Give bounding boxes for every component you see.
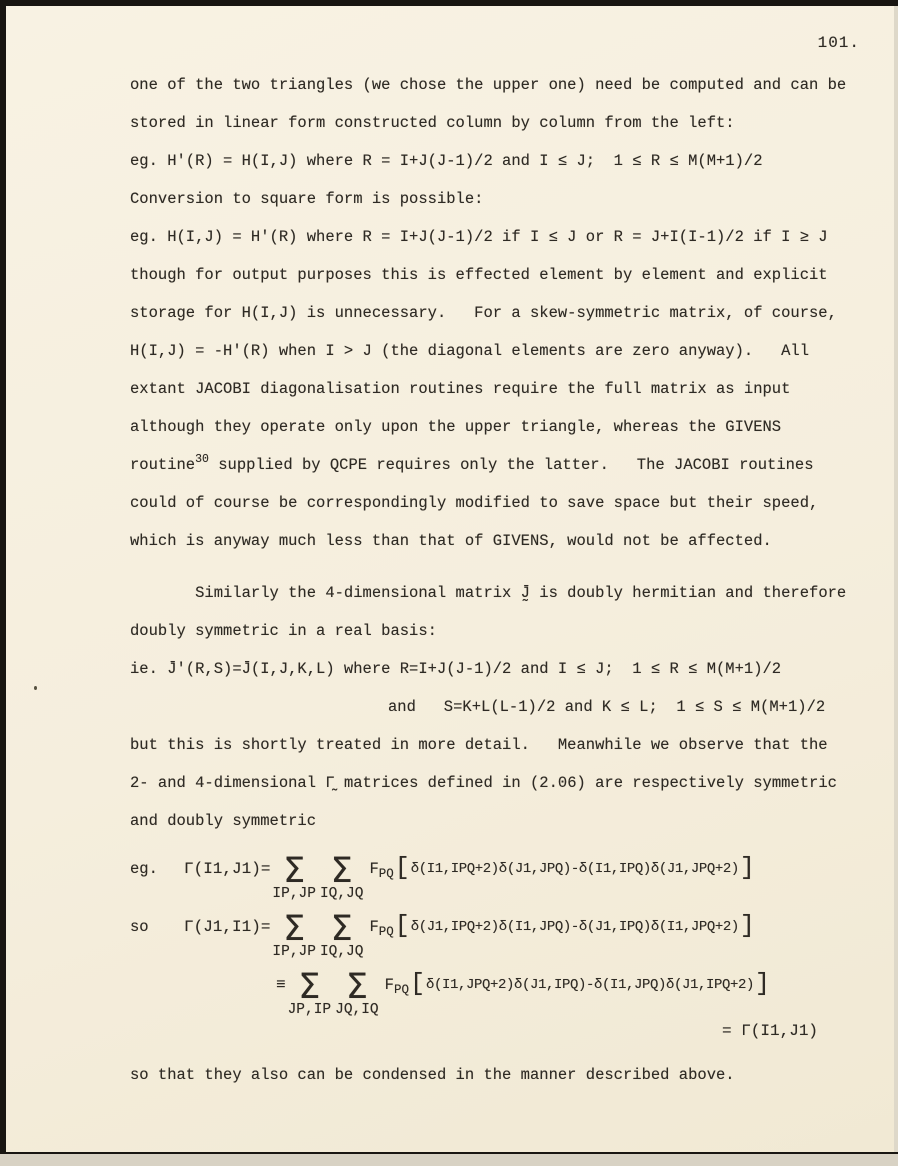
text-line-with-footnote-ref: routine30 supplied by QCPE requires only… xyxy=(130,446,874,484)
summation-indices: JQ,IQ xyxy=(335,1003,379,1018)
scan-edge xyxy=(894,6,898,1152)
sigma-icon: Σ xyxy=(331,913,353,945)
equation-result: = Γ(I1,J1) xyxy=(722,1014,874,1048)
equation-body: δ(I1,JPQ+2)δ(J1,IPQ)-δ(I1,JPQ)δ(J1,IPQ+2… xyxy=(426,977,754,993)
summation-indices: IP,JP xyxy=(272,945,316,960)
open-bracket: [ xyxy=(395,911,410,940)
summation-symbol: ΣIQ,JQ xyxy=(320,913,364,960)
sigma-icon: Σ xyxy=(283,913,305,945)
equation-text-line: eg. H(I,J) = H'(R) where R = I+J(J-1)/2 … xyxy=(130,218,874,256)
equation-text-line: ie. J̄'(R,S)=J̄(I,J,K,L) where R=I+J(J-1… xyxy=(130,650,874,688)
text-segment: is doubly hermitian and therefore xyxy=(530,584,846,602)
text-line: storage for H(I,J) is unnecessary. For a… xyxy=(130,294,874,332)
sigma-icon: Σ xyxy=(331,855,353,887)
text-segment: Similarly the 4-dimensional matrix xyxy=(195,584,521,602)
coefficient-subscript: PQ xyxy=(394,983,409,997)
sigma-icon: Σ xyxy=(283,855,305,887)
scan-edge xyxy=(0,1154,898,1166)
gamma-matrix-symbol: Γ̰ xyxy=(325,774,334,792)
text-line: and doubly symmetric xyxy=(130,802,874,840)
equation-text-line: eg. H'(R) = H(I,J) where R = I+J(J-1)/2 … xyxy=(130,142,874,180)
equation-body: δ(J1,IPQ+2)δ(I1,JPQ)-δ(J1,IPQ)δ(I1,JPQ+2… xyxy=(411,919,739,935)
coefficient-subscript: PQ xyxy=(379,925,394,939)
text-line: doubly symmetric in a real basis: xyxy=(130,612,874,650)
summation-indices: IP,JP xyxy=(272,887,316,902)
coefficient-base: F xyxy=(369,918,378,936)
text-line: but this is shortly treated in more deta… xyxy=(130,726,874,764)
equation-text-line: and S=K+L(L-1)/2 and K ≤ L; 1 ≤ S ≤ M(M+… xyxy=(388,688,874,726)
equation-lhs: Γ(J1,I1)= xyxy=(184,918,270,936)
sigma-icon: Σ xyxy=(298,971,320,1003)
text-segment: 2- and 4-dimensional xyxy=(130,774,325,792)
text-line-with-matrix-symbol: Similarly the 4-dimensional matrix J̰̄ i… xyxy=(130,574,874,612)
text-line: one of the two triangles (we chose the u… xyxy=(130,66,874,104)
coefficient: FPQ xyxy=(385,976,409,994)
matrix-j-symbol: J̰̄ xyxy=(521,584,530,602)
summation-indices: IQ,JQ xyxy=(320,945,364,960)
summation-indices: IQ,JQ xyxy=(320,887,364,902)
sigma-icon: Σ xyxy=(346,971,368,1003)
equation-line: so Γ(J1,I1)= ΣIP,JP ΣIQ,JQ FPQ [ δ(J1,IP… xyxy=(130,898,874,956)
coefficient: FPQ xyxy=(369,918,393,936)
text-line: Conversion to square form is possible: xyxy=(130,180,874,218)
close-bracket: ] xyxy=(740,911,755,940)
text-line: extant JACOBI diagonalisation routines r… xyxy=(130,370,874,408)
text-line: H(I,J) = -H'(R) when I > J (the diagonal… xyxy=(130,332,874,370)
page-number: 101. xyxy=(130,34,874,52)
text-line: could of course be correspondingly modif… xyxy=(130,484,874,522)
coefficient-subscript: PQ xyxy=(379,867,394,881)
text-line: although they operate only upon the uppe… xyxy=(130,408,874,446)
equation-lhs: Γ(I1,J1)= xyxy=(184,860,270,878)
text-segment: routine xyxy=(130,456,195,474)
close-bracket: ] xyxy=(740,853,755,882)
summation-symbol: ΣIP,JP xyxy=(272,913,316,960)
close-bracket: ] xyxy=(755,969,770,998)
paper-sheet: 101. one of the two triangles (we chose … xyxy=(6,6,894,1152)
text-line: which is anyway much less than that of G… xyxy=(130,522,874,560)
page-content: 101. one of the two triangles (we chose … xyxy=(6,34,894,1094)
equation-label: so xyxy=(130,918,184,936)
open-bracket: [ xyxy=(410,969,425,998)
coefficient-base: F xyxy=(369,860,378,878)
equation-body: δ(I1,IPQ+2)δ(J1,JPQ)-δ(I1,IPQ)δ(J1,JPQ+2… xyxy=(411,861,739,877)
text-line: stored in linear form constructed column… xyxy=(130,104,874,142)
scanned-page: 101. one of the two triangles (we chose … xyxy=(0,0,898,1166)
equation-lhs: ≡ xyxy=(276,976,286,994)
coefficient-base: F xyxy=(385,976,394,994)
summation-symbol: ΣIP,JP xyxy=(272,855,316,902)
footnote-reference: 30 xyxy=(195,453,209,466)
text-segment: supplied by QCPE requires only the latte… xyxy=(209,456,814,474)
coefficient: FPQ xyxy=(369,860,393,878)
text-line: so that they also can be condensed in th… xyxy=(130,1056,874,1094)
summation-symbol: ΣJP,IP xyxy=(288,971,332,1018)
summation-symbol: ΣJQ,IQ xyxy=(335,971,379,1018)
text-line: though for output purposes this is effec… xyxy=(130,256,874,294)
text-segment: matrices defined in (2.06) are respectiv… xyxy=(335,774,837,792)
equation-label: eg. xyxy=(130,860,184,878)
summation-symbol: ΣIQ,JQ xyxy=(320,855,364,902)
text-line-with-gamma-symbol: 2- and 4-dimensional Γ̰ matrices defined… xyxy=(130,764,874,802)
equation-line: ≡ ΣJP,IP ΣJQ,IQ FPQ [ δ(I1,JPQ+2)δ(J1,IP… xyxy=(130,956,874,1014)
equation-line: eg. Γ(I1,J1)= ΣIP,JP ΣIQ,JQ FPQ [ δ(I1,I… xyxy=(130,840,874,898)
summation-indices: JP,IP xyxy=(288,1003,332,1018)
open-bracket: [ xyxy=(395,853,410,882)
